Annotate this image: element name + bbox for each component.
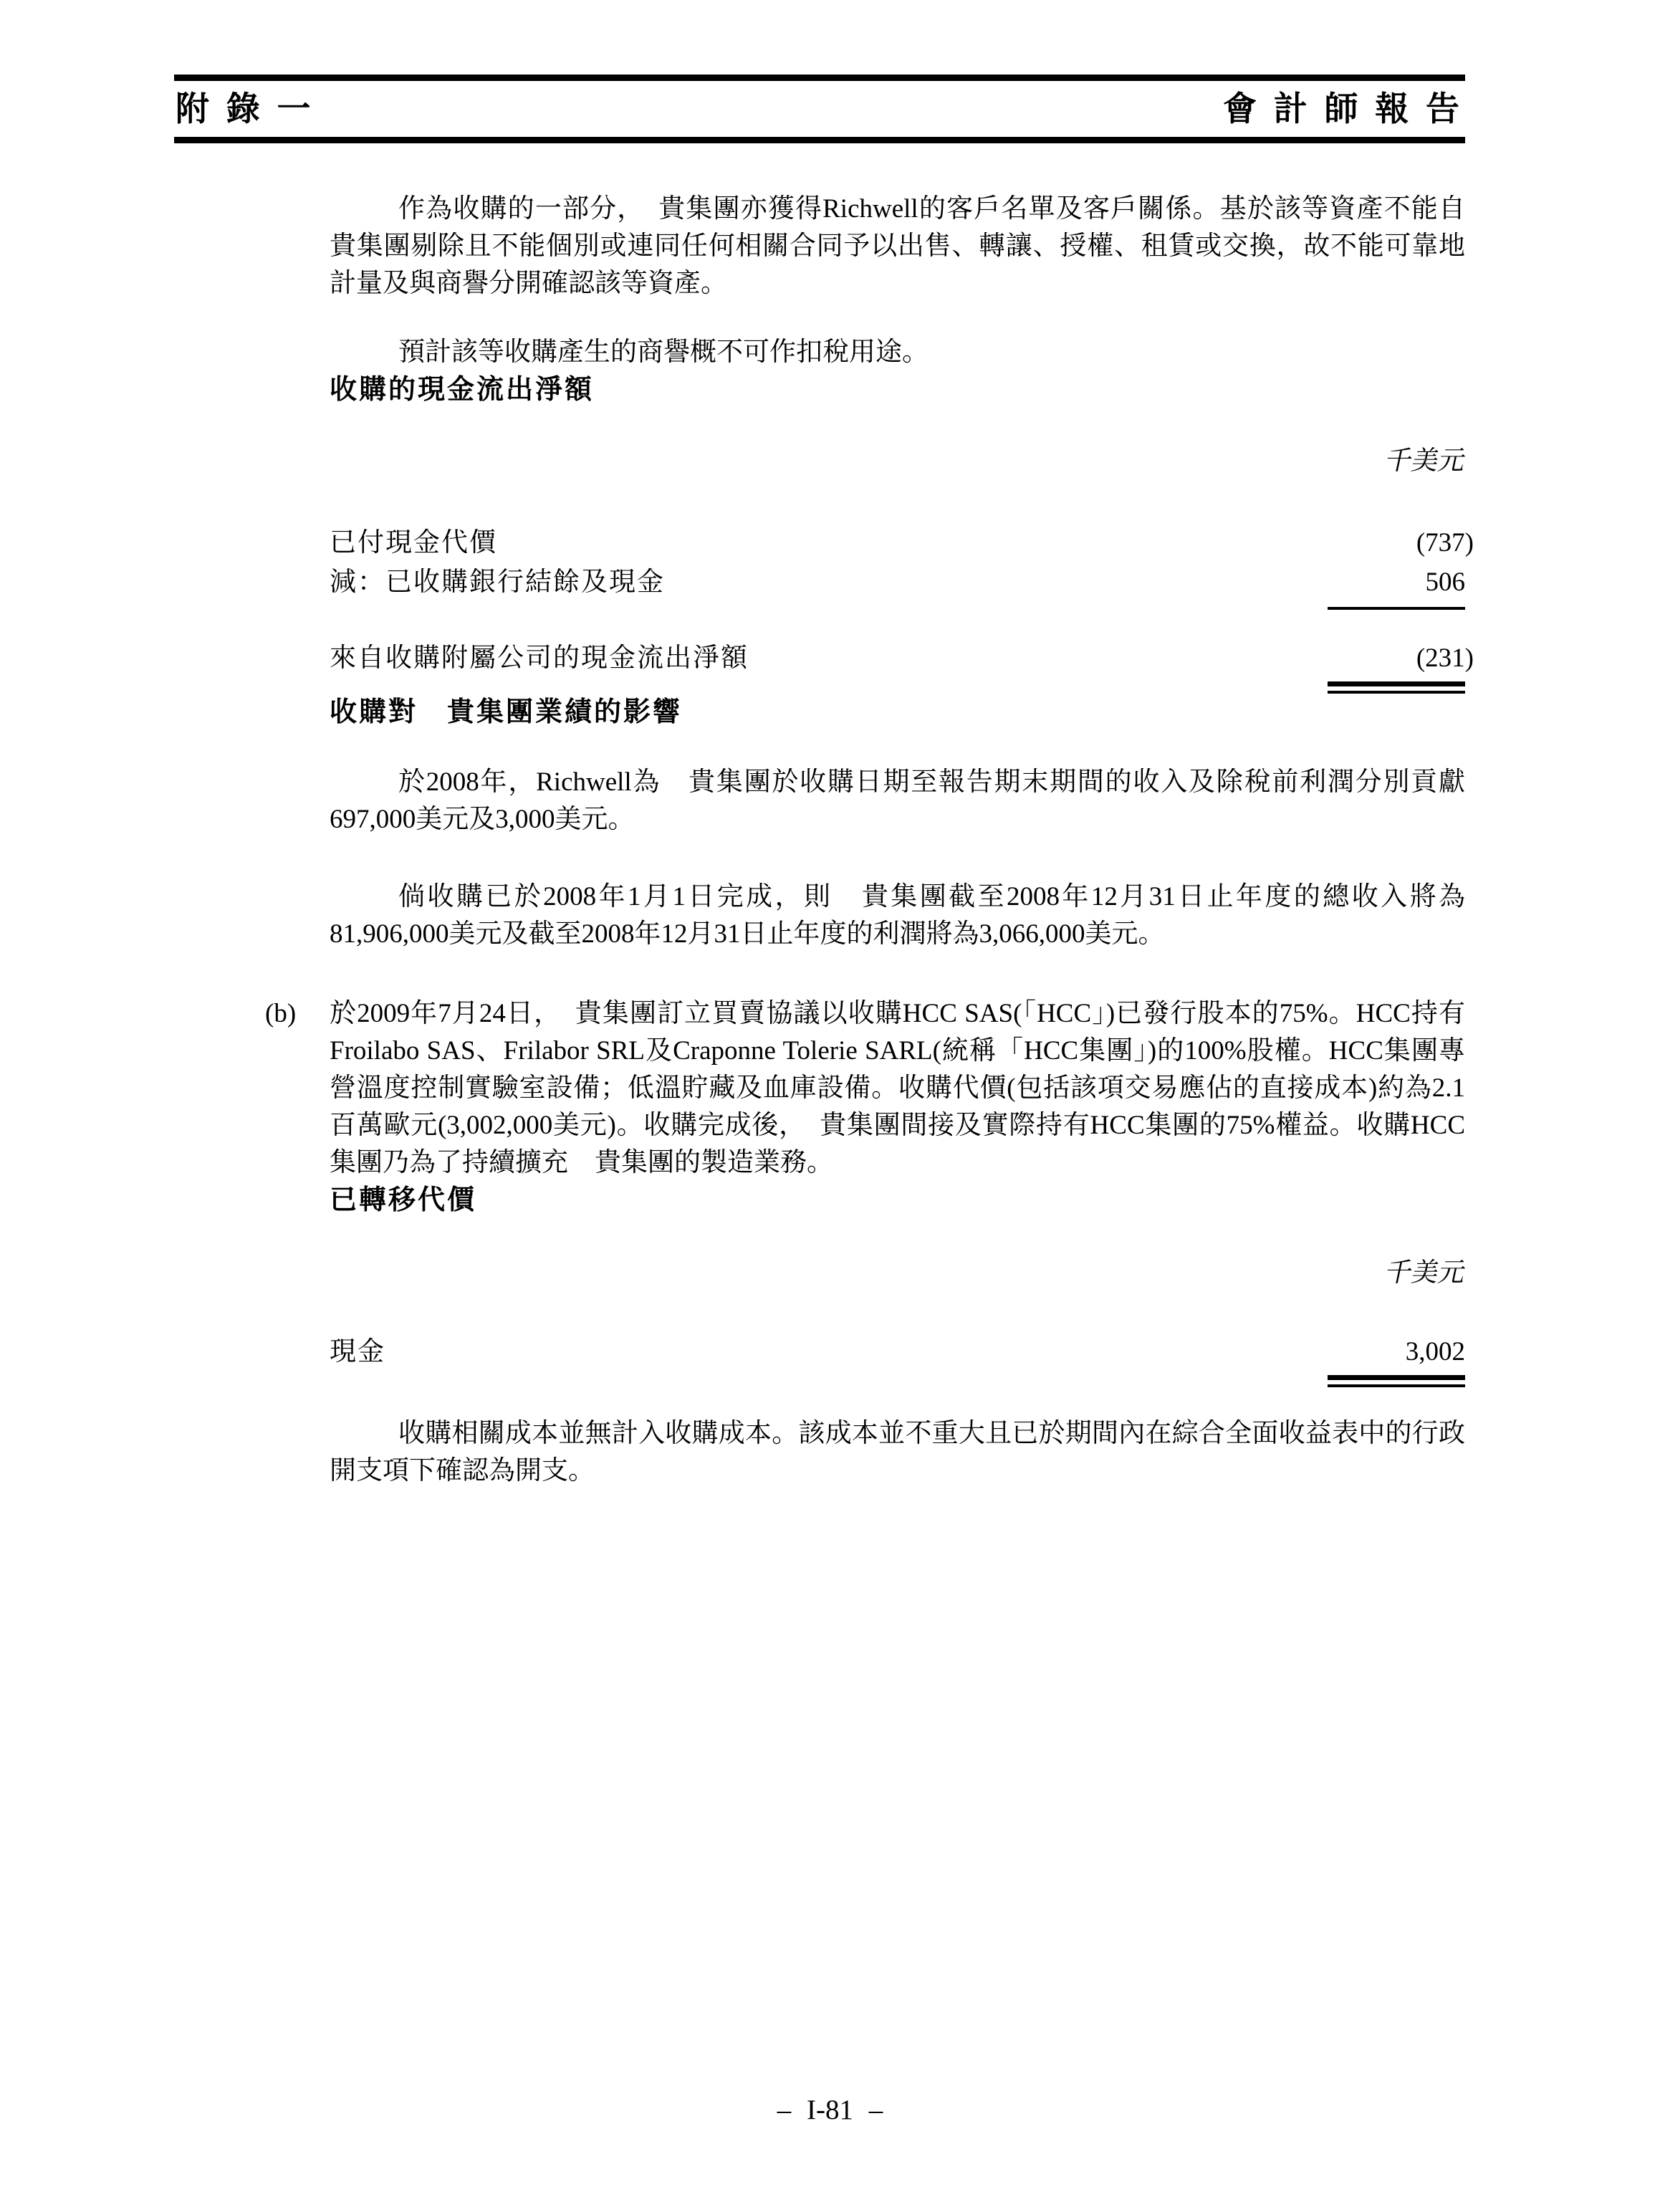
- unit-label-usd-thousand: 千美元: [1381, 443, 1469, 480]
- header-title-row: 附 錄 一 會 計 師 報 告: [174, 81, 1465, 137]
- header-top-rule: [174, 75, 1465, 81]
- list-item-b-label: (b): [265, 995, 330, 1182]
- document-content: 作為收購的一部分， 貴集團亦獲得Richwell的客戶名單及客戶關係。基於該等資…: [330, 191, 1465, 1490]
- page-header: 附 錄 一 會 計 師 報 告: [174, 0, 1465, 143]
- double-underline: [1328, 681, 1465, 694]
- row-amount: (737): [1416, 525, 1474, 562]
- double-underline: [1328, 1375, 1465, 1387]
- paragraph-goodwill-tax: 預計該等收購產生的商譽概不可作扣稅用途。: [330, 334, 1465, 371]
- row-label: 已付現金代價: [330, 525, 497, 562]
- table-row-cash-consideration: 已付現金代價 (737): [330, 525, 1465, 562]
- row-label: 現金: [330, 1334, 385, 1371]
- row-amount-column: (737): [1328, 525, 1465, 562]
- row-amount: 3,002: [1406, 1337, 1465, 1366]
- single-underline: [1328, 607, 1465, 610]
- header-right-title: 會 計 師 報 告: [1223, 90, 1464, 130]
- header-left-title: 附 錄 一: [176, 90, 315, 130]
- row-amount-column: (231): [1328, 640, 1465, 694]
- unit-label-usd-thousand: 千美元: [1381, 1255, 1469, 1292]
- table-row-cash: 現金 3,002: [330, 1334, 1465, 1387]
- page-footer: – I-81 –: [0, 2094, 1660, 2126]
- list-item-b: (b) 於2009年7月24日， 貴集團訂立買賣協議以收購HCC SAS(「HC…: [265, 995, 1465, 1182]
- paragraph-proforma-results: 倘收購已於2008年1月1日完成，則 貴集團截至2008年12月31日止年度的總…: [330, 878, 1465, 953]
- row-label: 來自收購附屬公司的現金流出淨額: [330, 640, 749, 677]
- heading-effect-on-results: 收購對 貴集團業績的影響: [330, 694, 1465, 731]
- heading-consideration-transferred: 已轉移代價: [330, 1182, 1465, 1219]
- table-row-net-outflow: 來自收購附屬公司的現金流出淨額 (231): [330, 640, 1465, 694]
- list-item-b-text: 於2009年7月24日， 貴集團訂立買賣協議以收購HCC SAS(「HCC」)已…: [330, 995, 1465, 1182]
- row-label: 減：已收購銀行結餘及現金: [330, 564, 665, 601]
- paragraph-acquisition-intangibles: 作為收購的一部分， 貴集團亦獲得Richwell的客戶名單及客戶關係。基於該等資…: [330, 191, 1465, 302]
- unit-label-row: 千美元: [330, 1255, 1465, 1292]
- document-page: 附 錄 一 會 計 師 報 告 作為收購的一部分， 貴集團亦獲得Richwell…: [0, 0, 1660, 2212]
- page-number: – I-81 –: [777, 2094, 883, 2125]
- row-amount-column: 506: [1328, 564, 1465, 610]
- paragraph-richwell-contribution: 於2008年，Richwell為 貴集團於收購日期至報告期末期間的收入及除稅前利…: [330, 764, 1465, 838]
- heading-net-cash-outflow: 收購的現金流出淨額: [330, 371, 1465, 408]
- row-amount-column: 3,002: [1328, 1334, 1465, 1387]
- header-bottom-rule: [174, 137, 1465, 143]
- row-amount: 506: [1426, 568, 1466, 597]
- unit-label-row: 千美元: [330, 443, 1465, 480]
- table-row-bank-balances: 減：已收購銀行結餘及現金 506: [330, 564, 1465, 610]
- row-amount: (231): [1416, 640, 1474, 677]
- paragraph-acquisition-costs: 收購相關成本並無計入收購成本。該成本並不重大且已於期間內在綜合全面收益表中的行政…: [330, 1415, 1465, 1490]
